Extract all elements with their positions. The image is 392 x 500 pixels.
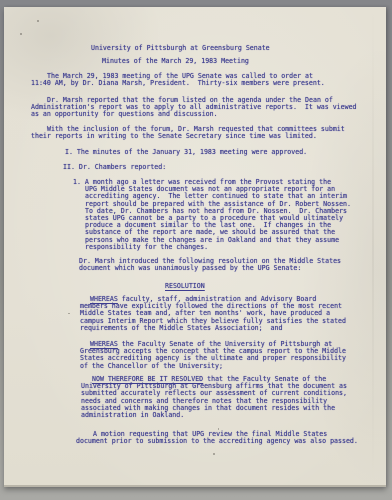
paper-crease bbox=[372, 7, 374, 485]
paper-speck bbox=[20, 33, 22, 35]
paragraph-call-to-order: The March 29, 1983 meeting of the UPG Se… bbox=[31, 73, 325, 87]
paper-speck bbox=[213, 453, 215, 455]
resolution-heading-text: RESOLUTION bbox=[165, 282, 205, 290]
resolved-clause: NOW THEREFORE BE IT RESOLVED that the Fa… bbox=[81, 376, 347, 419]
paragraph-resolution-intro: Dr. Marsh introduced the following resol… bbox=[79, 258, 341, 272]
resolved-clause-body: that the Faculty Senate of the Universit… bbox=[81, 375, 347, 419]
whereas-clause-2-body: the Faculty Senate of the University of … bbox=[80, 340, 346, 370]
agenda-item-2: II. Dr. Chambers reported: bbox=[63, 164, 166, 171]
agenda-item-1: I. The minutes of the January 31, 1983 m… bbox=[65, 149, 307, 156]
paragraph-motion: A motion requesting that UPG review the … bbox=[76, 431, 358, 445]
whereas-clause-1-body: faculty, staff, administration and Advis… bbox=[80, 295, 346, 332]
whereas-clause-1: WHEREAS faculty, staff, administration a… bbox=[80, 296, 346, 332]
resolution-heading: RESOLUTION bbox=[165, 283, 205, 290]
whereas-clause-2: WHEREAS the Faculty Senate of the Univer… bbox=[80, 341, 346, 370]
paragraph-reports-in-writing: With the inclusion of the forum, Dr. Mar… bbox=[31, 126, 345, 140]
paper-speck bbox=[68, 313, 70, 314]
doc-subtitle: Minutes of the March 29, 1983 Meeting bbox=[102, 58, 249, 65]
paragraph-forum: Dr. Marsh reported that the forum listed… bbox=[31, 97, 357, 119]
agenda-item-2-sub-1: 1. A month ago a letter was received fro… bbox=[85, 179, 351, 251]
doc-title: University of Pittsburgh at Greensburg S… bbox=[91, 45, 270, 52]
paper-speck bbox=[37, 20, 39, 22]
